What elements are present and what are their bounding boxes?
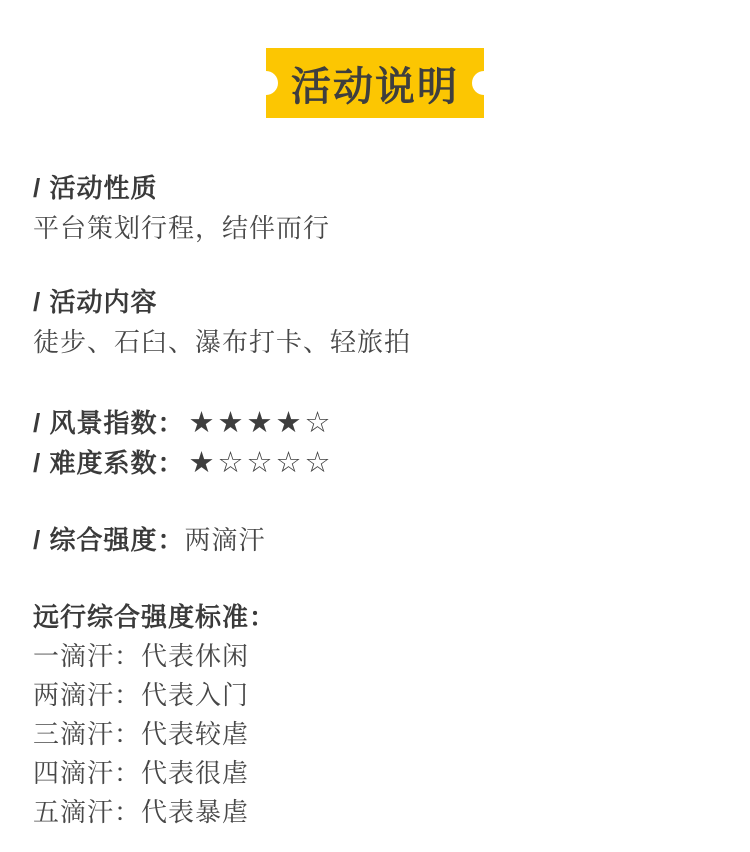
- scenery-rating-stars-icon: ★★★★☆: [188, 403, 333, 443]
- activity-description-poster: 活动说明 / 活动性质 平台策划行程，结伴而行 / 活动内容 徒步、石臼、瀑布打…: [0, 0, 750, 852]
- overall-intensity-row: / 综合强度：两滴汗: [33, 520, 717, 560]
- standard-item-level-1: 一滴汗：代表休闲: [33, 637, 717, 676]
- section-body-activity-nature: 平台策划行程，结伴而行: [33, 208, 717, 248]
- standards-heading: 远行综合强度标准：: [33, 597, 717, 637]
- difficulty-rating-row: / 难度系数： ★☆☆☆☆: [33, 443, 717, 483]
- standards-list: 一滴汗：代表休闲 两滴汗：代表入门 三滴汗：代表较虐 四滴汗：代表很虐 五滴汗：…: [33, 637, 717, 832]
- standard-item-level-2: 两滴汗：代表入门: [33, 676, 717, 715]
- section-body-activity-content: 徒步、石臼、瀑布打卡、轻旅拍: [33, 322, 717, 362]
- scenery-rating-row: / 风景指数： ★★★★☆: [33, 403, 717, 443]
- content-area: / 活动性质 平台策划行程，结伴而行 / 活动内容 徒步、石臼、瀑布打卡、轻旅拍…: [0, 168, 750, 832]
- ticket-banner: 活动说明: [266, 48, 484, 118]
- difficulty-rating-stars-icon: ★☆☆☆☆: [188, 443, 333, 483]
- overall-intensity-value: 两滴汗: [184, 525, 265, 555]
- page-title: 活动说明: [291, 55, 459, 112]
- standard-item-level-4: 四滴汗：代表很虐: [33, 754, 717, 793]
- ticket-notch-right-icon: [472, 71, 496, 95]
- standard-item-level-5: 五滴汗：代表暴虐: [33, 793, 717, 832]
- ticket-notch-left-icon: [254, 71, 278, 95]
- scenery-rating-label: / 风景指数：: [33, 403, 184, 443]
- standard-item-level-3: 三滴汗：代表较虐: [33, 715, 717, 754]
- overall-intensity-label: / 综合强度：: [33, 525, 184, 555]
- section-heading-activity-nature: / 活动性质: [33, 168, 717, 208]
- difficulty-rating-label: / 难度系数：: [33, 443, 184, 483]
- ratings-block: / 风景指数： ★★★★☆ / 难度系数： ★☆☆☆☆: [33, 403, 717, 483]
- section-heading-activity-content: / 活动内容: [33, 282, 717, 322]
